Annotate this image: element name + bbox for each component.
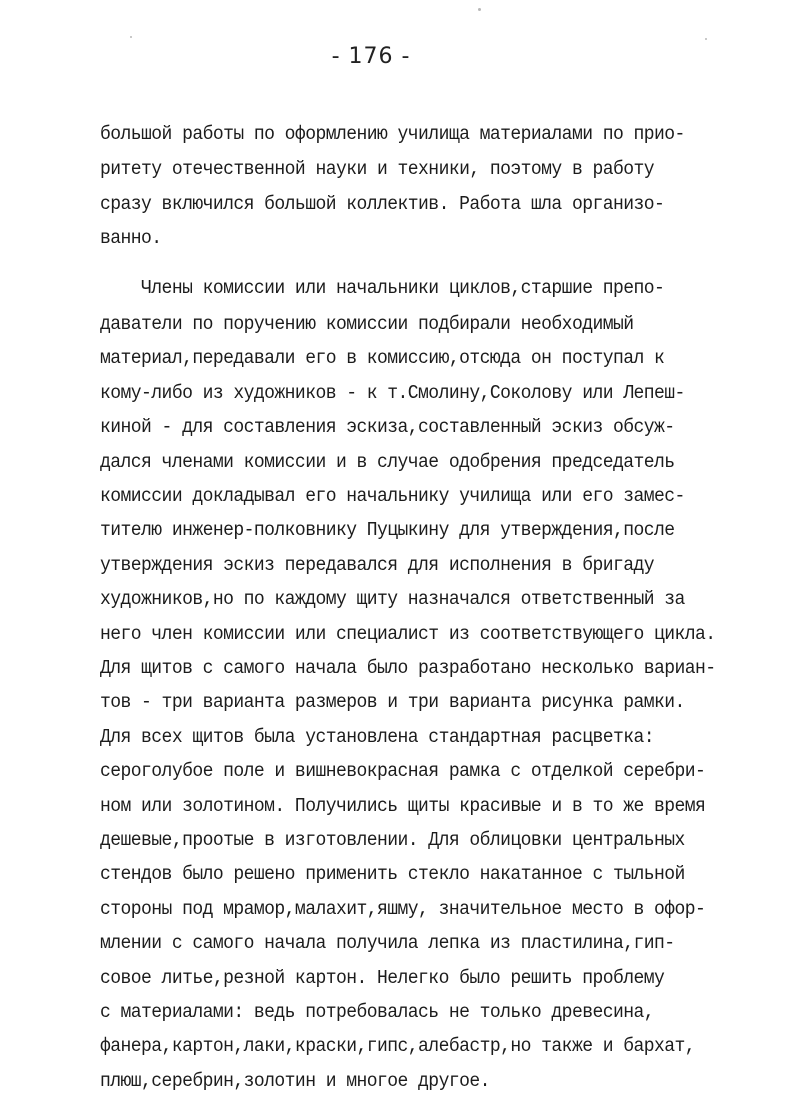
text-line: материал,передавали его в комиссию,отсюд… bbox=[100, 346, 664, 370]
text-line: дешевые,проотые в изготовлении. Для обли… bbox=[100, 828, 685, 852]
scan-speck bbox=[478, 8, 481, 11]
text-line: фанера,картон,лаки,краски,гипс,алебастр,… bbox=[100, 1034, 695, 1058]
text-line: стороны под мрамор,малахит,яшму, значите… bbox=[100, 897, 705, 921]
text-line: тителю инженер-полковнику Пуцыкину для у… bbox=[100, 518, 675, 542]
text-line: большой работы по оформлению училища мат… bbox=[100, 122, 685, 146]
text-line: ванно. bbox=[100, 226, 162, 250]
text-line: тов - три варианта размеров и три вариан… bbox=[100, 690, 685, 714]
text-line: млении с самого начала получила лепка из… bbox=[100, 931, 675, 955]
scan-speck bbox=[705, 38, 707, 40]
text-line: сероголубое поле и вишневокрасная рамка … bbox=[100, 759, 705, 783]
text-line: даватели по поручению комиссии подбирали… bbox=[100, 312, 634, 336]
paragraph-start-line: Члены комиссии или начальники циклов,ста… bbox=[100, 276, 664, 300]
text-line: киной - для составления эскиза,составлен… bbox=[100, 415, 675, 439]
text-line: Для щитов с самого начала было разработа… bbox=[100, 656, 716, 680]
text-line: комиссии докладывал его начальнику учили… bbox=[100, 484, 685, 508]
text-line: художников,но по каждому щиту назначался… bbox=[100, 587, 685, 611]
text-line: совое литье,резной картон. Нелегко было … bbox=[100, 966, 664, 990]
text-line: ритету отечественной науки и техники, по… bbox=[100, 157, 654, 181]
text-line: него член комиссии или специалист из соо… bbox=[100, 622, 716, 646]
text-line: кому-либо из художников - к т.Смолину,Со… bbox=[100, 381, 685, 405]
text-line: Для всех щитов была установлена стандарт… bbox=[100, 725, 654, 749]
text-line: стендов было решено применить стекло нак… bbox=[100, 862, 685, 886]
text-line: дался членами комиссии и в случае одобре… bbox=[100, 450, 675, 474]
text-line: с материалами: ведь потребовалась не тол… bbox=[100, 1000, 654, 1024]
page-number: - 176 - bbox=[0, 44, 742, 69]
text-line: ном или золотином. Получились щиты краси… bbox=[100, 794, 705, 818]
text-line: плюш,серебрин,золотин и многое другое. bbox=[100, 1069, 490, 1093]
text-line: утверждения эскиз передавался для исполн… bbox=[100, 553, 654, 577]
text-line: сразу включился большой коллектив. Работ… bbox=[100, 192, 664, 216]
scan-speck bbox=[130, 36, 132, 38]
